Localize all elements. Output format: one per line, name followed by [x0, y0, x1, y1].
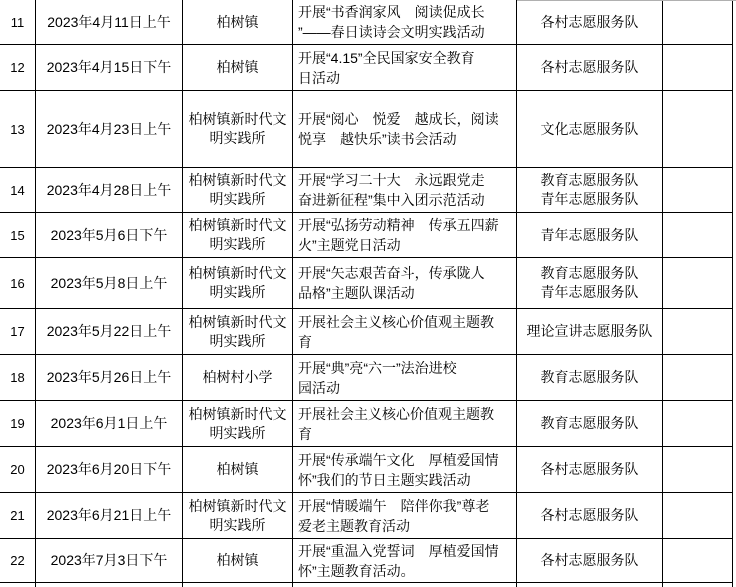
- activity-cell: 开展社会主义核心价值观主题教 育: [293, 401, 517, 446]
- activity-cell: 开展“阅心 悦爱 越成长，阅读 悦享 越快乐”读书会活动: [293, 91, 517, 167]
- team-cell: 各村志愿服务队: [517, 447, 663, 492]
- activity-cell: 开展“典”亮“六一”法治进校 园活动: [293, 355, 517, 400]
- date-cell: 2023年7月3日下午: [36, 539, 183, 582]
- date-cell: 2023年4月15日下午: [36, 45, 183, 90]
- activity-cell: 开展“弘扬劳动精神 传承五四薪 火”主题党日活动: [293, 213, 517, 257]
- table-row: 18 2023年5月26日上午 柏树村小学 开展“典”亮“六一”法治进校 园活动…: [0, 355, 733, 401]
- remark-cell: [663, 258, 733, 308]
- table-row: 22 2023年7月3日下午 柏树镇 开展“重温入党誓词 厚植爱国情 怀”主题教…: [0, 539, 733, 583]
- remark-cell: [663, 45, 733, 90]
- location-cell: 柏树镇: [183, 0, 293, 44]
- remark-cell: [663, 168, 733, 212]
- team-cell: 各村志愿服务队: [517, 493, 663, 538]
- row-number-cell: 17: [0, 309, 36, 354]
- row-number-cell: [0, 583, 36, 587]
- date-cell: 2023年5月22日上午: [36, 309, 183, 354]
- table-row-partial: [0, 583, 733, 587]
- activity-cell: 开展“学习二十大 永远跟党走 奋进新征程”集中入团示范活动: [293, 168, 517, 212]
- location-cell: 柏树镇新时代文 明实践所: [183, 493, 293, 538]
- row-number-cell: 20: [0, 447, 36, 492]
- location-cell: [183, 583, 293, 587]
- date-cell: 2023年6月20日下午: [36, 447, 183, 492]
- remark-cell: [663, 583, 733, 587]
- team-cell: 青年志愿服务队: [517, 213, 663, 257]
- location-cell: 柏树镇: [183, 45, 293, 90]
- activity-cell: 开展“传承端午文化 厚植爱国情 怀”我们的节日主题实践活动: [293, 447, 517, 492]
- activity-cell: 开展“情暖端午 陪伴你我”尊老 爱老主题教育活动: [293, 493, 517, 538]
- activity-cell: [293, 583, 517, 587]
- row-number-cell: 22: [0, 539, 36, 582]
- row-number-cell: 19: [0, 401, 36, 446]
- remark-cell: [663, 447, 733, 492]
- activity-cell: 开展“矢志艰苦奋斗，传承陇人 品格”主题队课活动: [293, 258, 517, 308]
- row-number-cell: 16: [0, 258, 36, 308]
- date-cell: 2023年4月23日上午: [36, 91, 183, 167]
- table-row: 12 2023年4月15日下午 柏树镇 开展“4.15”全民国家安全教育 日活动…: [0, 45, 733, 91]
- location-cell: 柏树镇新时代文 明实践所: [183, 258, 293, 308]
- date-cell: 2023年5月6日下午: [36, 213, 183, 257]
- date-cell: 2023年5月8日上午: [36, 258, 183, 308]
- team-cell: 各村志愿服务队: [517, 45, 663, 90]
- team-cell: 理论宣讲志愿服务队: [517, 309, 663, 354]
- activity-cell: 开展“书香润家风 阅读促成长 ”——春日读诗会文明实践活动: [293, 0, 517, 44]
- light-gridline: [517, 0, 736, 1]
- activity-cell: 开展社会主义核心价值观主题教 育: [293, 309, 517, 354]
- date-cell: [36, 583, 183, 587]
- table-row: 15 2023年5月6日下午 柏树镇新时代文 明实践所 开展“弘扬劳动精神 传承…: [0, 213, 733, 258]
- team-cell: 文化志愿服务队: [517, 91, 663, 167]
- remark-cell: [663, 493, 733, 538]
- team-cell: 教育志愿服务队 青年志愿服务队: [517, 258, 663, 308]
- remark-cell: [663, 91, 733, 167]
- remark-cell: [663, 309, 733, 354]
- row-number-cell: 15: [0, 213, 36, 257]
- location-cell: 柏树镇新时代文 明实践所: [183, 309, 293, 354]
- team-cell: 教育志愿服务队: [517, 355, 663, 400]
- row-number-cell: 13: [0, 91, 36, 167]
- table-row: 17 2023年5月22日上午 柏树镇新时代文 明实践所 开展社会主义核心价值观…: [0, 309, 733, 355]
- activity-cell: 开展“重温入党誓词 厚植爱国情 怀”主题教育活动。: [293, 539, 517, 582]
- date-cell: 2023年4月11日上午: [36, 0, 183, 44]
- location-cell: 柏树镇新时代文 明实践所: [183, 91, 293, 167]
- activity-cell: 开展“4.15”全民国家安全教育 日活动: [293, 45, 517, 90]
- table-row: 16 2023年5月8日上午 柏树镇新时代文 明实践所 开展“矢志艰苦奋斗，传承…: [0, 258, 733, 309]
- remark-cell: [663, 539, 733, 582]
- row-number-cell: 18: [0, 355, 36, 400]
- team-cell: [517, 583, 663, 587]
- date-cell: 2023年5月26日上午: [36, 355, 183, 400]
- table-row: 20 2023年6月20日下午 柏树镇 开展“传承端午文化 厚植爱国情 怀”我们…: [0, 447, 733, 493]
- table-row: 21 2023年6月21日上午 柏树镇新时代文 明实践所 开展“情暖端午 陪伴你…: [0, 493, 733, 539]
- table-row: 14 2023年4月28日上午 柏树镇新时代文 明实践所 开展“学习二十大 永远…: [0, 168, 733, 213]
- date-cell: 2023年4月28日上午: [36, 168, 183, 212]
- remark-cell: [663, 401, 733, 446]
- row-number-cell: 14: [0, 168, 36, 212]
- team-cell: 各村志愿服务队: [517, 539, 663, 582]
- location-cell: 柏树镇新时代文 明实践所: [183, 168, 293, 212]
- date-cell: 2023年6月1日上午: [36, 401, 183, 446]
- location-cell: 柏树镇新时代文 明实践所: [183, 401, 293, 446]
- remark-cell: [663, 355, 733, 400]
- activity-table: 11 2023年4月11日上午 柏树镇 开展“书香润家风 阅读促成长 ”——春日…: [0, 0, 733, 587]
- date-cell: 2023年6月21日上午: [36, 493, 183, 538]
- table-row: 11 2023年4月11日上午 柏树镇 开展“书香润家风 阅读促成长 ”——春日…: [0, 0, 733, 45]
- table-row: 19 2023年6月1日上午 柏树镇新时代文 明实践所 开展社会主义核心价值观主…: [0, 401, 733, 447]
- remark-cell: [663, 213, 733, 257]
- team-cell: 教育志愿服务队 青年志愿服务队: [517, 168, 663, 212]
- remark-cell: [663, 0, 733, 44]
- location-cell: 柏树镇: [183, 447, 293, 492]
- table-row: 13 2023年4月23日上午 柏树镇新时代文 明实践所 开展“阅心 悦爱 越成…: [0, 91, 733, 168]
- spreadsheet-view: 11 2023年4月11日上午 柏树镇 开展“书香润家风 阅读促成长 ”——春日…: [0, 0, 736, 587]
- location-cell: 柏树村小学: [183, 355, 293, 400]
- row-number-cell: 21: [0, 493, 36, 538]
- team-cell: 各村志愿服务队: [517, 0, 663, 44]
- row-number-cell: 12: [0, 45, 36, 90]
- team-cell: 教育志愿服务队: [517, 401, 663, 446]
- location-cell: 柏树镇: [183, 539, 293, 582]
- row-number-cell: 11: [0, 0, 36, 44]
- location-cell: 柏树镇新时代文 明实践所: [183, 213, 293, 257]
